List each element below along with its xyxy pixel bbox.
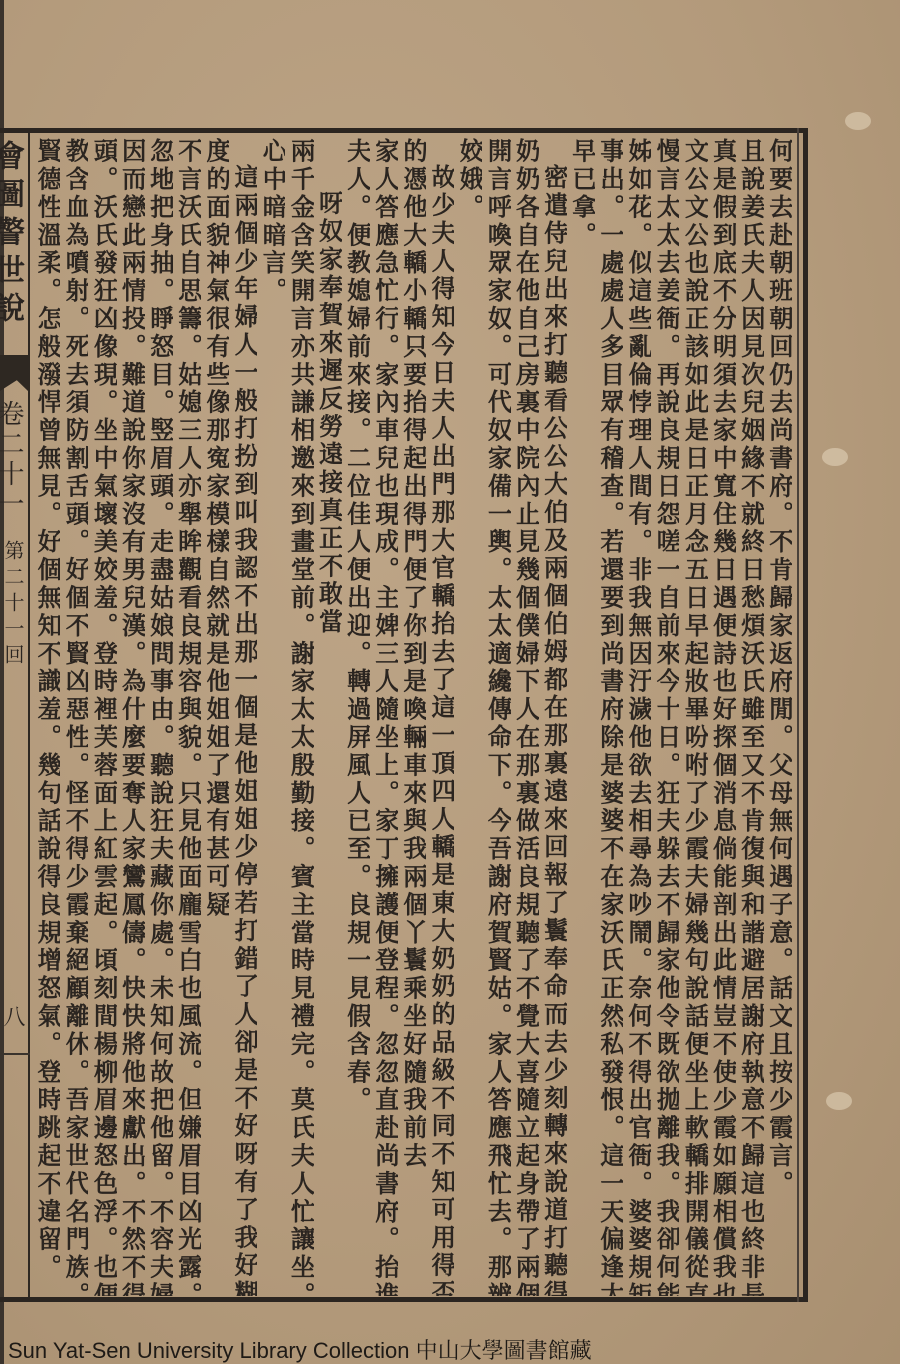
text-column: 家人答應急忙行。家內車兒也現成。主婢三人隨坐上。家丁擁護便登程。忽忽直赴尚書府。…	[370, 138, 398, 1296]
text-column: 真是假到底不分明須去家中寬住幾日遇便詩也好探個消息倘能剖出此情豈不使少霞如願相償…	[708, 138, 736, 1296]
text-column: 心中暗暗言。	[257, 138, 285, 1296]
library-credit: Sun Yat-Sen University Library Collectio…	[8, 1334, 592, 1364]
text-column: 故少夫人得知今日夫人出門那大官轎抬去了這一頂四人轎是東大奶奶的品級不同不知可用得…	[426, 138, 454, 1296]
text-column: 教含血為噴射。死去須防割舌頭。好個不賢凶惡性。怪不得少霞棄絕顧離休。吾家世代名門…	[60, 138, 88, 1296]
text-column: 夫人。便教媳婦前來接。二位佳人便出迎。轉過屏風人已至。良規一見假含春。	[342, 138, 370, 1296]
text-column: 這兩個少年婦人一般打扮到叫我認不出那一個是他姐姐少停若打錯了人卻是不好呀有了我好…	[229, 138, 257, 1296]
page-number: 八	[2, 1005, 28, 1027]
text-column: 賢德性溫柔。怎般潑悍曾無見。好個無知不識羞。幾句話說得良規增怒氣。登時跳起不違留…	[32, 138, 60, 1296]
text-column: 姊如花。似這些亂倫悖理人間有。非我無因汙濊他欲去相尋為吵鬧。奈何不得出官衙。婆婆…	[623, 138, 651, 1296]
paper-fold-mark	[822, 448, 848, 466]
book-title: 會圖警世說	[0, 140, 28, 330]
text-column: 不言沃氏自思籌。姑媳三人亦舉眸觀看良規容與貌。只見他面龐雪白也風流。但嫌眉目凶光…	[173, 138, 201, 1296]
text-column: 早已拿。	[567, 138, 595, 1296]
text-column: 密遣侍兒出來打聽看公公大伯及兩個伯姆都在那裏遠來回報了鬟奉命而去少刻轉來說道打聽…	[539, 138, 567, 1296]
paper-fold-mark	[826, 1092, 852, 1110]
text-column: 兩千金含笑開言亦共謙相邀來到畫堂前。謝家太太殷勤接。賓主當時見禮完。莫氏夫人忙讓…	[285, 138, 313, 1296]
main-text-block: 何要去赴朝班朝回仍去尚書府。不肯歸家返府閒。父母無何遇子意。話文且按少霞言。 且…	[32, 138, 792, 1296]
text-column: 文公文公也說正該如此是日正月念五日早起妝畢吩咐了少霞夫婦幾句說話便坐上軟轎排開儀…	[679, 138, 707, 1296]
text-column: 且說姜氏夫人因見次兒姻緣不就終日愁煩沃氏雖至又不肯復與和諧避居謝府執意不歸這也終…	[736, 138, 764, 1296]
text-column: 的憑他大轎小轎只要抬得起出得門便了你到是喚輛車來與我兩個丫鬟乘坐好隨我前去	[398, 138, 426, 1296]
paper-fold-mark	[845, 112, 871, 130]
text-column: 事出。一處處人多目眾有稽查。若還要到尚書府除是婆婆不在家沃氏正然私發恨。這一天偏…	[595, 138, 623, 1296]
text-column: 慢言太太去姜衙。再說良規日怨嗟一自前來今十日。狂夫躲去不歸家他令既欲拋離我。我卻…	[651, 138, 679, 1296]
volume-label: 卷二十一	[0, 400, 28, 520]
text-column: 何要去赴朝班朝回仍去尚書府。不肯歸家返府閒。父母無何遇子意。話文且按少霞言。	[764, 138, 792, 1296]
text-column: 頭。沃氏發狂凶像現。坐中氣壞美姣羞。登時裡芙蓉面上紅雲起。頃刻間楊柳眉邊怒色浮。…	[88, 138, 116, 1296]
text-column: 姣娥。	[454, 138, 482, 1296]
text-column: 忽地把身抽。睜怒目。竪眉頭。走盡姑娘問事由。聽說狂夫藏你處。未知何故把他留。不容…	[145, 138, 173, 1296]
text-column: 度的面貌神氣很有些像那寃家模樣自然就是他姐姐了還有甚可疑	[201, 138, 229, 1296]
text-column: 奶奶各自在他自己房裏中院內止見幾個僕婦下人在那裏做活良規聽了不覺大喜隨立起身帶了…	[511, 138, 539, 1296]
print-frame-inner-rule	[797, 128, 799, 1302]
margin-divider	[0, 1053, 30, 1055]
chapter-label: 第二十一回	[2, 540, 28, 670]
text-column: 開言呼喚眾家奴。可代奴家備一輿。太太適纔傳命下。今吾謝府賀賢姑。家人答應飛忙去。…	[482, 138, 510, 1296]
text-column: 呀奴家奉賀來遲反勞遠接真正不敢當	[314, 138, 342, 1296]
text-column: 因而戀此兩情投。難道說你家沒有男兒漢。為什麼要奪人家鸞鳳儔。快快將他來獻出。不然…	[117, 138, 145, 1296]
